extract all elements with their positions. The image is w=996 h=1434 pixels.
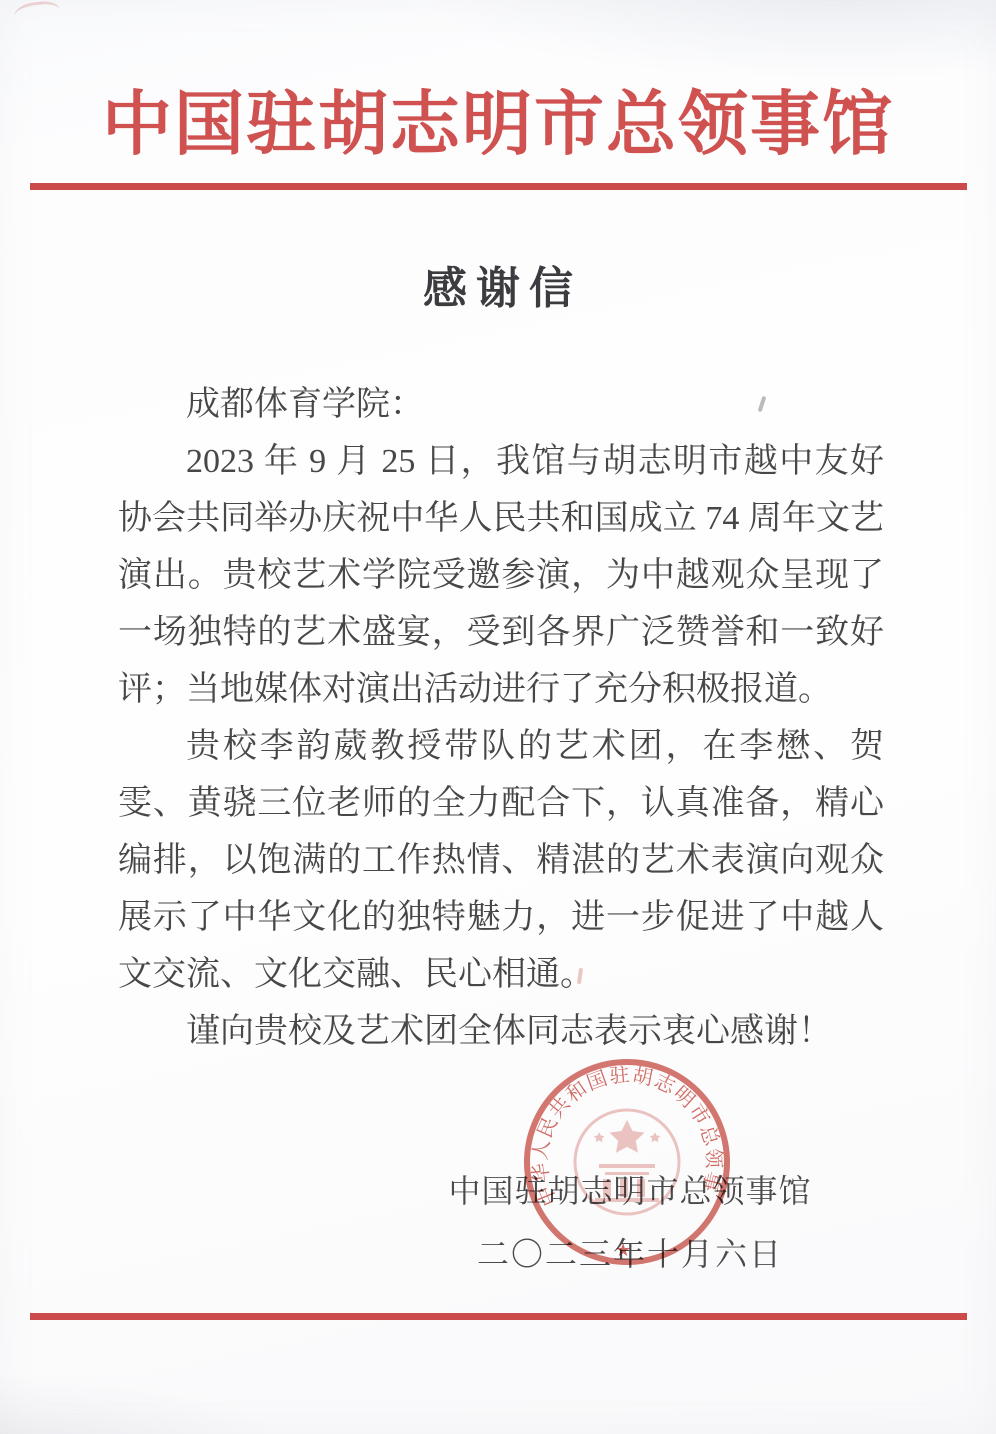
signature-date: 二〇二三年十月六日 [420,1235,840,1273]
signature-block: 中国驻胡志明市总领事馆 二〇二三年十月六日 [420,1172,840,1273]
letterhead-title: 中国驻胡志明市总领事馆 [0,84,996,168]
signature-org-name: 中国驻胡志明市总领事馆 [420,1172,840,1210]
paragraph-1: 2023 年 9 月 25 日，我馆与胡志明市越中友好协会共同举办庆祝中华人民共… [118,433,884,718]
salutation: 成都体育学院： [118,376,884,433]
letter-title: 感谢信 [0,252,996,316]
letter-body: 成都体育学院： 2023 年 9 月 25 日，我馆与胡志明市越中友好协会共同举… [118,376,884,1060]
paragraph-3-closing: 谨向贵校及艺术团全体同志表示衷心感谢！ [118,1003,884,1060]
scan-artifact-corner [13,0,61,29]
letterhead-rule [30,183,967,190]
paragraph-2: 贵校李韵葳教授带队的艺术团，在李懋、贺雯、黄骁三位老师的全力配合下，认真准备，精… [118,718,884,1003]
scanned-letter-page: 中国驻胡志明市总领事馆 感谢信 成都体育学院： 2023 年 9 月 25 日，… [0,0,996,1434]
footer-rule [30,1313,967,1320]
